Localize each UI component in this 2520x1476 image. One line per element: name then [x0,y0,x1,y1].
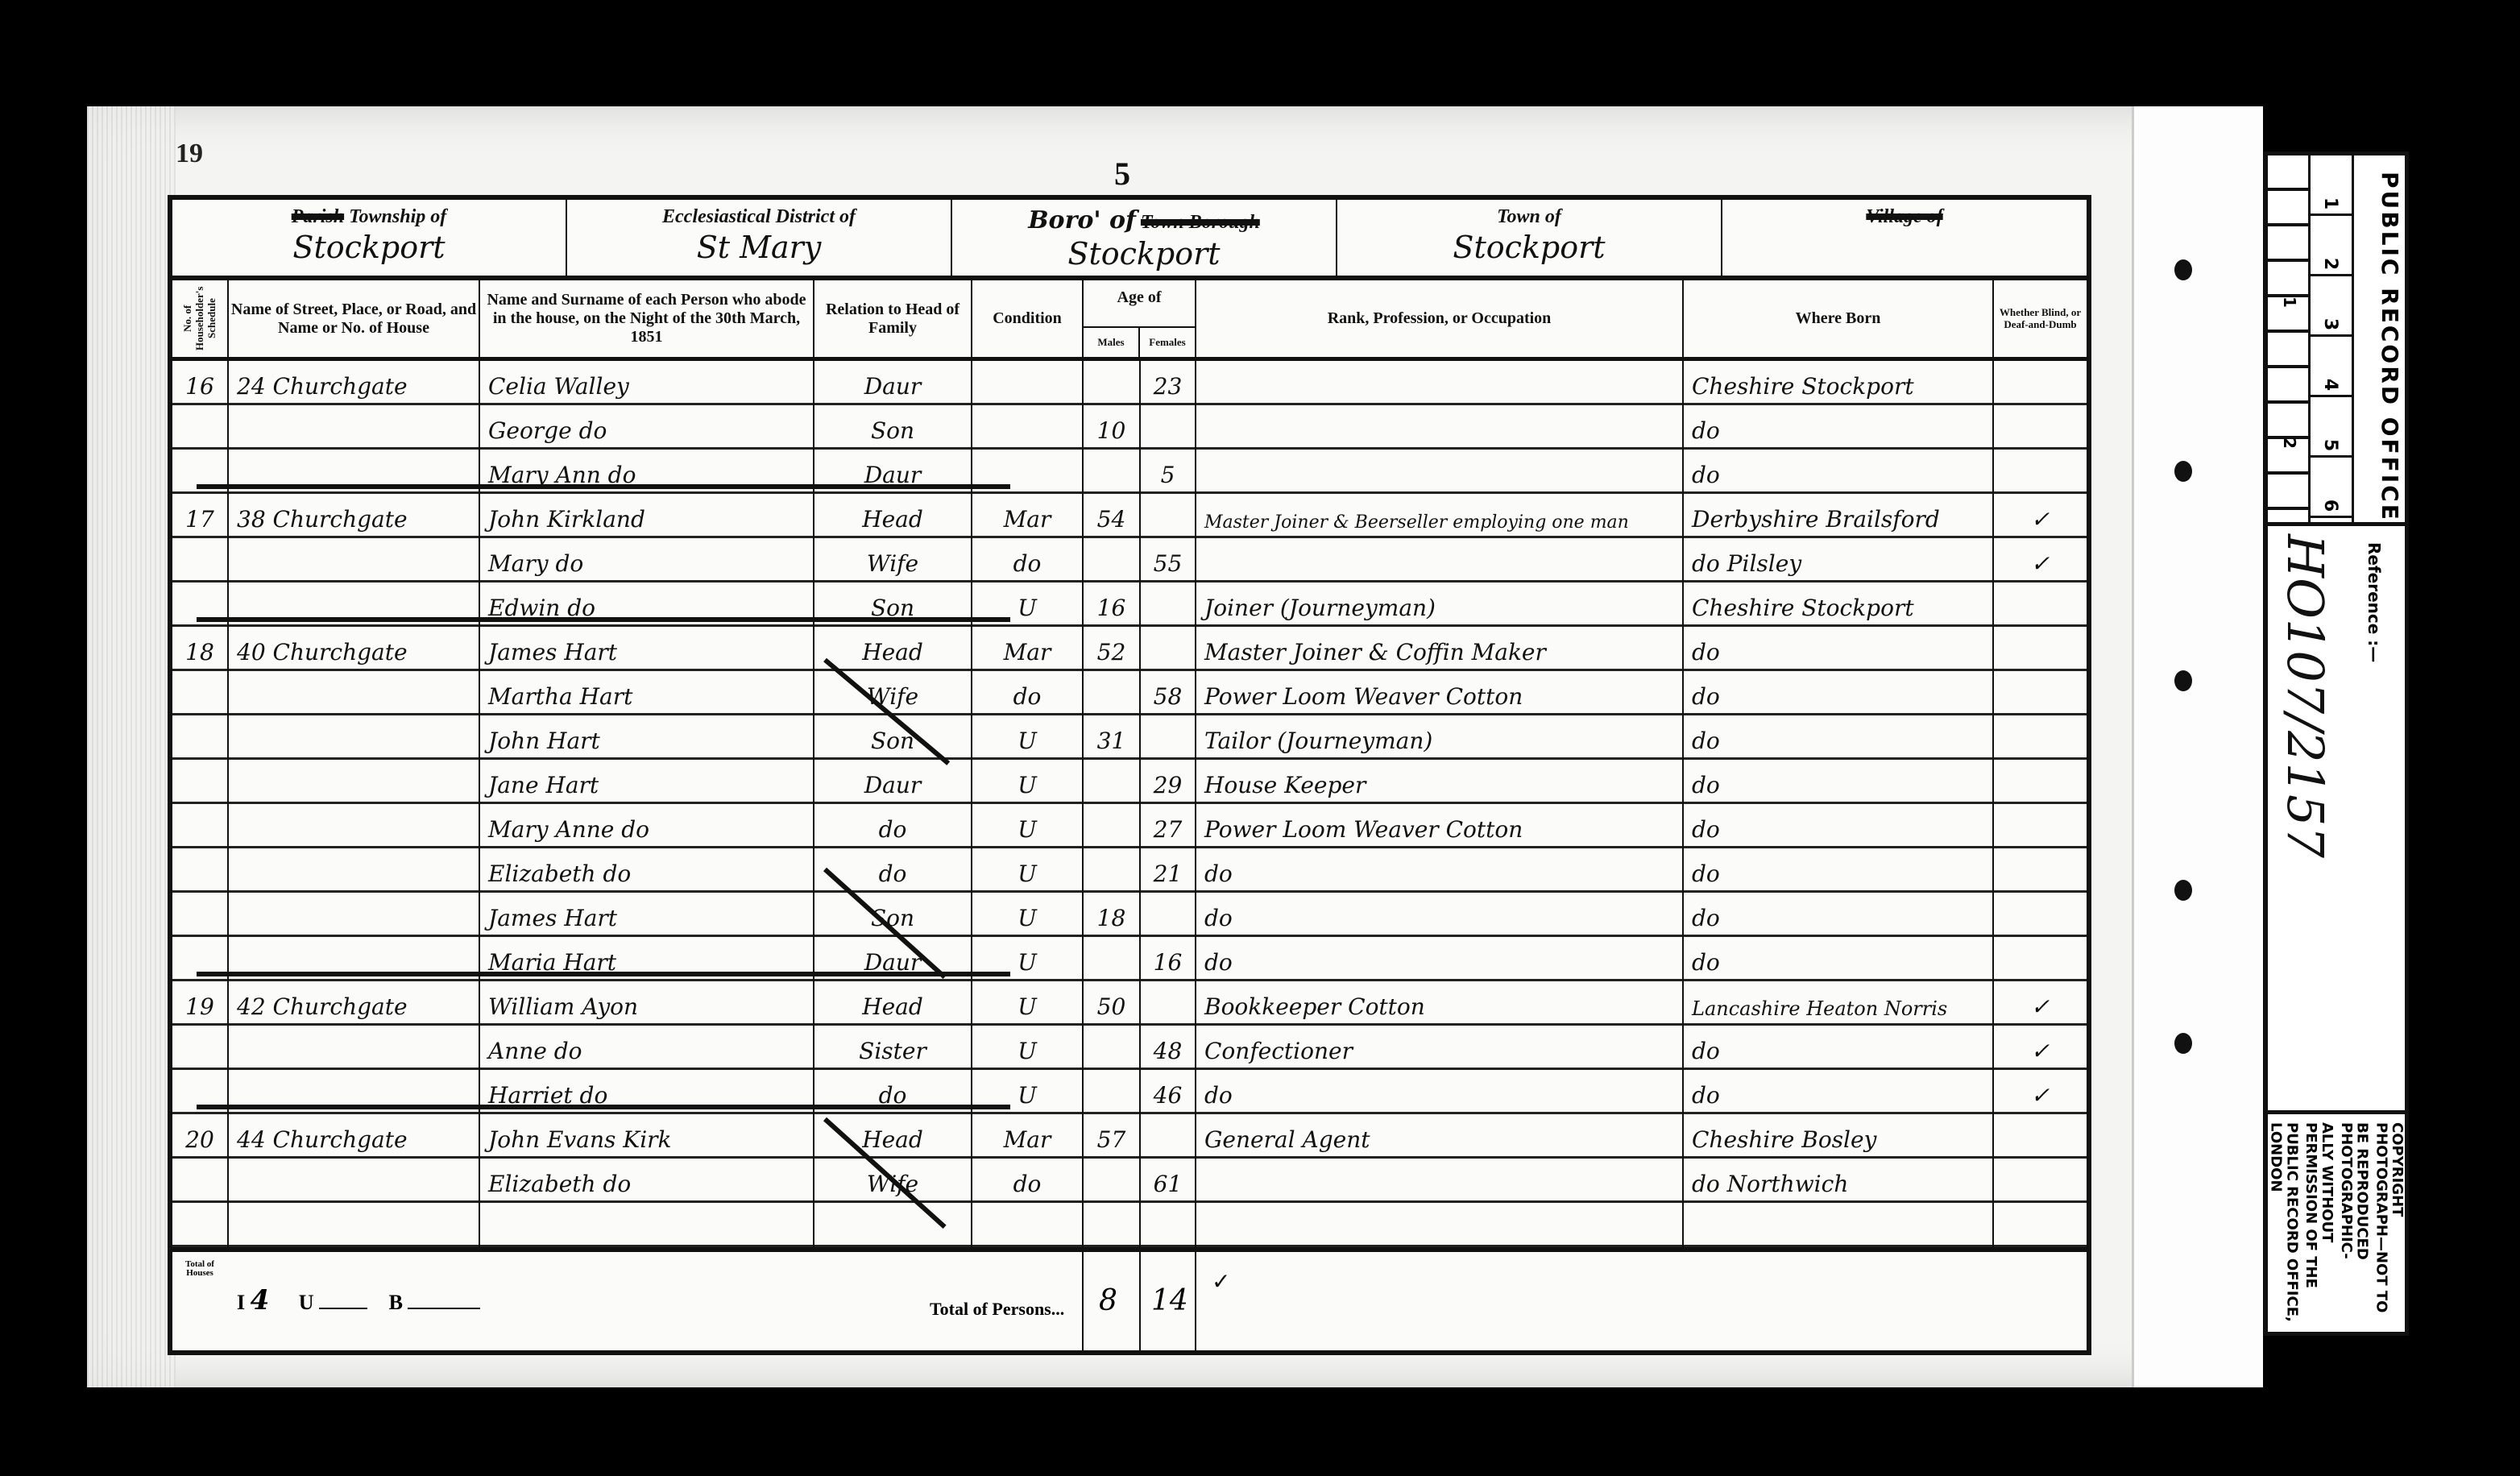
col-age-males: Males [1084,328,1140,357]
village-label-struck: Village of [1866,206,1942,227]
cell-female: 29 [1141,760,1195,804]
total-houses-label: Total of Houses [176,1260,224,1278]
ruler-inch-ticks [2268,155,2311,522]
cell-street [229,1159,479,1203]
cell-schedule [172,760,227,804]
cell-occupation [1196,538,1682,583]
cell-male: 57 [1084,1114,1139,1159]
cell-condition: U [972,715,1082,760]
cell-condition [972,361,1082,405]
table-row: 2044 ChurchgateJohn Evans KirkHeadMar57G… [172,1114,2087,1159]
punch-hole [2174,880,2192,901]
cell-street [229,538,479,583]
cell-male [1084,937,1139,981]
cell-blind [1994,1159,2087,1203]
cell-born: Derbyshire Brailsford [1684,494,1992,538]
cell-blind [1994,760,2087,804]
cell-female: 16 [1141,937,1195,981]
copyright-line: COPYRIGHT PHOTOGRAPH—NOT TO [2373,1122,2406,1324]
punch-hole [2174,1033,2192,1054]
table-row: Elizabeth dodoU21dodo [172,848,2087,893]
cell-blind: ✓ [1994,494,2087,538]
cell-blind [1994,361,2087,405]
cell-female [1141,494,1195,538]
cell-blind [1994,804,2087,848]
parish-label: Township of [349,206,446,227]
cell-blind [1994,1203,2087,1247]
cell-condition: U [972,893,1082,937]
cell-female: 55 [1141,538,1195,583]
cell-schedule: 16 [172,361,227,405]
borough-label: Boro' of [1028,206,1136,234]
cell-female: 27 [1141,804,1195,848]
cell-street: 24 Churchgate [229,361,479,405]
cell-occupation: do [1196,1070,1682,1114]
cell-male [1084,848,1139,893]
cell-occupation: Tailor (Journeyman) [1196,715,1682,760]
cell-street: 38 Churchgate [229,494,479,538]
reference-label: Reference :— [2365,542,2384,662]
cell-blind [1994,1114,2087,1159]
cell-relation: do [814,804,971,848]
cell-name: Martha Hart [480,671,813,715]
cell-condition: U [972,804,1082,848]
village-cell: Village of [1722,200,2087,276]
cell-street [229,804,479,848]
cell-street: 40 Churchgate [229,627,479,671]
cell-occupation: General Agent [1196,1114,1682,1159]
cell-male [1084,804,1139,848]
cell-condition: Mar [972,1114,1082,1159]
col-schedule: No. of Householder's Schedule [172,280,229,357]
cell-occupation: House Keeper [1196,760,1682,804]
cell-blind [1994,627,2087,671]
total-males: 8 [1099,1284,1117,1317]
cell-female [1141,715,1195,760]
cell-born: do [1684,893,1992,937]
cell-occupation: Bookkeeper Cotton [1196,981,1682,1026]
cell-condition: U [972,848,1082,893]
cell-female [1141,893,1195,937]
cell-female: 5 [1141,450,1195,494]
cell-blind [1994,450,2087,494]
cell-name: Celia Walley [480,361,813,405]
cell-occupation: do [1196,893,1682,937]
cell-blind [1994,848,2087,893]
folio-mark: 19 [176,139,203,169]
cell-condition [972,405,1082,450]
cell-occupation: do [1196,848,1682,893]
cell-occupation: Power Loom Weaver Cotton [1196,671,1682,715]
col-condition: Condition [972,280,1084,357]
reference-box: Reference :— HO107/2157 [2268,522,2405,1110]
cell-male: 10 [1084,405,1139,450]
col-street: Name of Street, Place, or Road, and Name… [229,280,480,357]
cell-schedule [172,405,227,450]
cell-relation: Wife [814,538,971,583]
cell-street [229,715,479,760]
cell-male [1084,671,1139,715]
town-cell: Town of Stockport [1337,200,1722,276]
cell-occupation [1196,361,1682,405]
cell-female [1141,405,1195,450]
table-row: George doSon10do [172,405,2087,450]
cell-born: Lancashire Heaton Norris [1684,981,1992,1026]
ecclesiastical-label: Ecclesiastical District of [567,200,951,228]
cell-male: 54 [1084,494,1139,538]
table-row: 1840 ChurchgateJames HartHeadMar52Master… [172,627,2087,671]
table-row: 1738 ChurchgateJohn KirklandHeadMar54Mas… [172,494,2087,538]
cell-name: Anne do [480,1026,813,1070]
cell-street [229,893,479,937]
cell-name: James Hart [480,893,813,937]
cell-schedule [172,1026,227,1070]
cell-born: do [1684,1070,1992,1114]
cell-born: do Northwich [1684,1159,1992,1203]
cell-female: 48 [1141,1026,1195,1070]
cell-born: do [1684,1026,1992,1070]
cell-born: Cheshire Stockport [1684,361,1992,405]
cell-occupation: Power Loom Weaver Cotton [1196,804,1682,848]
cell-born: do [1684,715,1992,760]
cell-schedule: 19 [172,981,227,1026]
cell-schedule [172,1159,227,1203]
ecclesiastical-cell: Ecclesiastical District of St Mary [567,200,952,276]
punch-hole [2174,259,2192,280]
cell-schedule: 17 [172,494,227,538]
ruler-inch-1: 1 [2280,296,2299,308]
check-mark-icon: ✓ [1212,1268,1230,1295]
parish-cell: Parish Township of Stockport [172,200,567,276]
cell-condition: U [972,1026,1082,1070]
cell-schedule [172,538,227,583]
cell-born: do [1684,450,1992,494]
census-rows: 1624 ChurchgateCelia WalleyDaur23Cheshir… [172,361,2087,1247]
cell-female: 21 [1141,848,1195,893]
cell-name [480,1203,813,1247]
col-born: Where Born [1684,280,1994,357]
binding-strip [2132,106,2263,1387]
cell-male: 18 [1084,893,1139,937]
cell-condition: Mar [972,627,1082,671]
cell-male [1084,1070,1139,1114]
cell-relation: Son [814,715,971,760]
cell-name: Elizabeth do [480,848,813,893]
cell-female [1141,1114,1195,1159]
cell-condition [972,1203,1082,1247]
ecclesiastical-value: St Mary [567,230,951,265]
punch-hole [2174,461,2192,482]
cell-street [229,760,479,804]
cell-street: 42 Churchgate [229,981,479,1026]
col-blind: Whether Blind, or Deaf-and-Dumb [1994,280,2087,357]
cell-female: 23 [1141,361,1195,405]
table-row [172,1203,2087,1247]
table-row: Mary doWifedo55do Pilsley✓ [172,538,2087,583]
cell-occupation: Master Joiner & Beerseller employing one… [1196,494,1682,538]
cell-name: John Kirkland [480,494,813,538]
cell-street: 44 Churchgate [229,1114,479,1159]
sheet-edge [87,106,176,1387]
cell-blind [1994,671,2087,715]
cell-relation: Son [814,405,971,450]
cell-male: 31 [1084,715,1139,760]
cell-male [1084,361,1139,405]
page-number: 5 [1114,155,1130,193]
punch-hole [2174,670,2192,691]
column-headers: No. of Householder's Schedule Name of St… [172,280,2087,361]
cell-condition: do [972,538,1082,583]
cell-schedule: 20 [172,1114,227,1159]
cell-born [1684,1203,1992,1247]
cell-occupation: do [1196,937,1682,981]
parish-label-struck: Parish [292,206,344,227]
cell-relation: Head [814,627,971,671]
cell-occupation [1196,1203,1682,1247]
cell-relation: Sister [814,1026,971,1070]
copyright-line: BE REPRODUCED PHOTOGRAPHIC- [2338,1122,2370,1324]
borough-label-struck: Town Borough [1141,212,1260,233]
cell-male [1084,538,1139,583]
cell-relation: Daur [814,760,971,804]
cell-name: James Hart [480,627,813,671]
table-row: James HartSonU18dodo [172,893,2087,937]
copyright-notice: COPYRIGHT PHOTOGRAPH—NOT TO BE REPRODUCE… [2268,1110,2405,1332]
cell-born: Cheshire Stockport [1684,583,1992,627]
cell-street [229,848,479,893]
total-persons-label: Total of Persons... [930,1299,1064,1320]
cell-schedule [172,671,227,715]
cell-relation [814,1203,971,1247]
cell-born: do [1684,848,1992,893]
borough-cell: Boro' of Town Borough Stockport [952,200,1337,276]
table-row: Elizabeth doWifedo61do Northwich [172,1159,2087,1203]
inhabited-count: 4 [251,1284,270,1316]
cell-schedule: 18 [172,627,227,671]
cell-name: Mary Anne do [480,804,813,848]
cell-schedule [172,848,227,893]
cell-female [1141,1203,1195,1247]
cell-occupation: Master Joiner & Coffin Maker [1196,627,1682,671]
cell-relation: do [814,848,971,893]
cell-male: 52 [1084,627,1139,671]
col-age-females: Females [1140,328,1195,357]
cell-schedule [172,1203,227,1247]
cell-occupation [1196,1159,1682,1203]
cell-name: William Ayon [480,981,813,1026]
cell-female [1141,583,1195,627]
table-row: John HartSonU31Tailor (Journeyman)do [172,715,2087,760]
cell-schedule [172,893,227,937]
cell-street [229,1203,479,1247]
cell-male [1084,760,1139,804]
cell-name: Jane Hart [480,760,813,804]
cell-schedule [172,804,227,848]
cell-female [1141,627,1195,671]
copyright-line: ALLY WITHOUT PERMISSION OF THE [2302,1122,2335,1324]
cell-male [1084,1159,1139,1203]
total-females: 14 [1151,1284,1188,1317]
cell-blind [1994,583,2087,627]
totals-row: Total of Houses I 4 U B Total of Persons… [172,1247,2087,1355]
cell-street [229,405,479,450]
cell-relation: Head [814,1114,971,1159]
cell-blind: ✓ [1994,1026,2087,1070]
census-form: Parish Township of Stockport Ecclesiasti… [168,195,2091,1355]
cell-born: do [1684,937,1992,981]
cell-male: 50 [1084,981,1139,1026]
cell-born: Cheshire Bosley [1684,1114,1992,1159]
cell-male: 16 [1084,583,1139,627]
table-row: Mary Anne dodoU27Power Loom Weaver Cotto… [172,804,2087,848]
cell-occupation: Confectioner [1196,1026,1682,1070]
town-value: Stockport [1337,230,1721,265]
cell-female [1141,981,1195,1026]
cell-male [1084,1026,1139,1070]
cell-relation: Wife [814,671,971,715]
table-row: Anne doSisterU48Confectionerdo✓ [172,1026,2087,1070]
district-header: Parish Township of Stockport Ecclesiasti… [172,200,2087,280]
parish-value: Stockport [172,230,566,265]
col-name: Name and Surname of each Person who abod… [480,280,814,357]
cell-blind [1994,715,2087,760]
cell-name: John Evans Kirk [480,1114,813,1159]
col-occupation: Rank, Profession, or Occupation [1196,280,1684,357]
cell-occupation [1196,405,1682,450]
borough-value: Stockport [952,236,1336,272]
cell-relation: Daur [814,361,971,405]
ruler-cm: 1 2 3 4 5 6 [2310,155,2354,522]
cell-blind: ✓ [1994,1070,2087,1114]
cell-relation: Head [814,981,971,1026]
cell-born: do [1684,405,1992,450]
cell-condition: U [972,760,1082,804]
cell-male [1084,450,1139,494]
cell-street [229,1026,479,1070]
cell-condition: Mar [972,494,1082,538]
col-age: Age of Males Females [1084,280,1196,357]
census-sheet: 19 5 Parish Township of Stockport Eccles… [87,106,2262,1387]
cell-male [1084,1203,1139,1247]
copyright-line: PUBLIC RECORD OFFICE, LONDON [2268,1122,2300,1324]
cell-condition: do [972,1159,1082,1203]
cell-name: Elizabeth do [480,1159,813,1203]
cell-born: do [1684,804,1992,848]
public-record-office-strip: 1 2 1 2 3 4 5 6 PUBLIC RECORD OFFICE Ref… [2264,151,2409,1336]
cell-blind [1994,937,2087,981]
cell-name: George do [480,405,813,450]
cell-blind: ✓ [1994,538,2087,583]
cell-name: Mary do [480,538,813,583]
cell-condition: U [972,981,1082,1026]
cell-condition: do [972,671,1082,715]
cell-relation: Head [814,494,971,538]
cell-street [229,671,479,715]
cell-born: do [1684,671,1992,715]
cell-female: 61 [1141,1159,1195,1203]
table-row: Jane HartDaurU29House Keeperdo [172,760,2087,804]
cell-female: 46 [1141,1070,1195,1114]
cell-occupation [1196,450,1682,494]
cell-born: do [1684,760,1992,804]
cell-blind [1994,405,2087,450]
cell-schedule [172,715,227,760]
table-row: 1942 ChurchgateWilliam AyonHeadU50Bookke… [172,981,2087,1026]
cell-born: do [1684,627,1992,671]
cell-occupation: Joiner (Journeyman) [1196,583,1682,627]
cell-female: 58 [1141,671,1195,715]
ruler-inch-2: 2 [2280,437,2299,449]
cell-born: do Pilsley [1684,538,1992,583]
total-houses: I 4 U B [237,1284,480,1316]
table-row: Martha HartWifedo58Power Loom Weaver Cot… [172,671,2087,715]
pro-title: PUBLIC RECORD OFFICE [2355,164,2403,530]
town-label: Town of [1337,200,1721,228]
table-row: 1624 ChurchgateCelia WalleyDaur23Cheshir… [172,361,2087,405]
cell-blind: ✓ [1994,981,2087,1026]
cell-name: John Hart [480,715,813,760]
cell-blind [1994,893,2087,937]
col-relation: Relation to Head of Family [814,280,972,357]
reference-value: HO107/2157 [2276,534,2335,858]
